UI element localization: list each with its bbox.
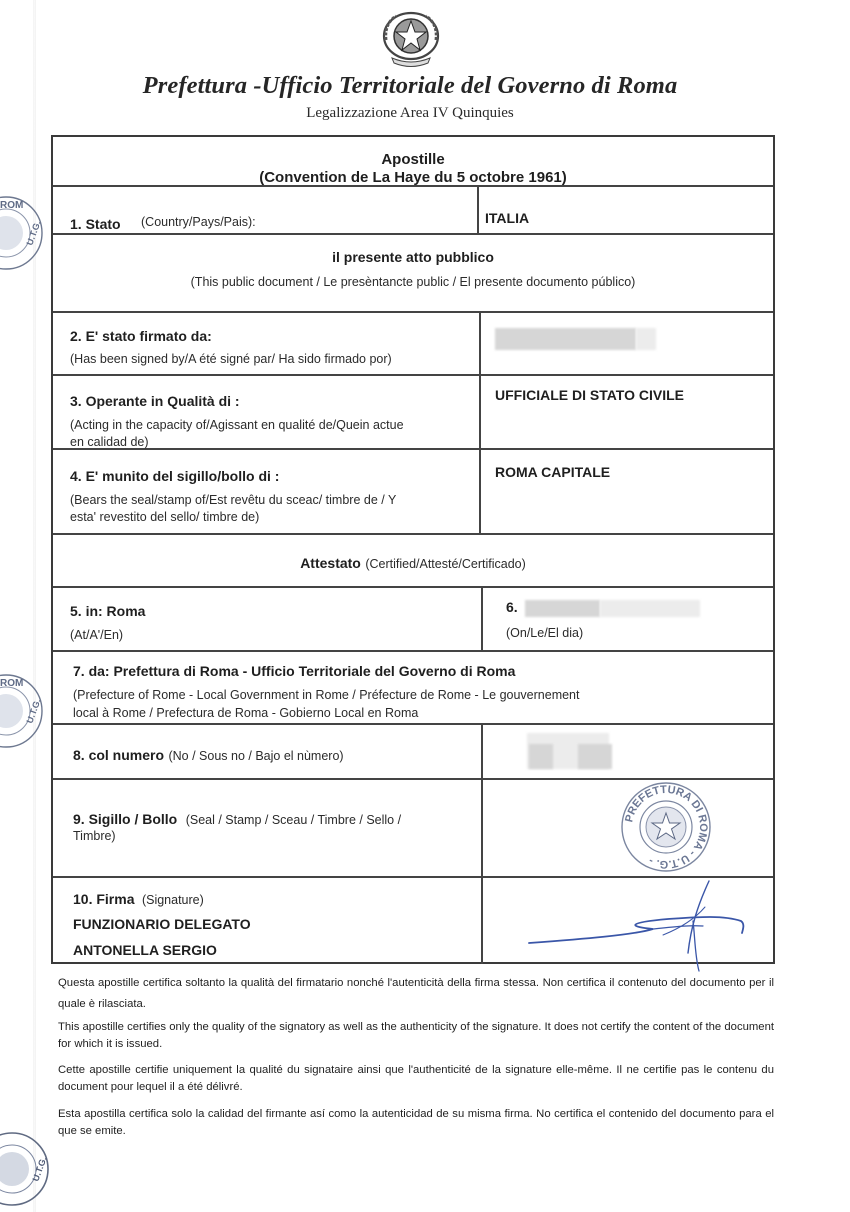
number-row: 8. col numero (No / Sous no / Bajo el nù… <box>73 747 344 765</box>
public-document-label: il presente atto pubblico <box>53 249 773 265</box>
redaction-block <box>578 744 612 769</box>
number-translation: (No / Sous no / Bajo el nùmero) <box>168 749 343 763</box>
seal-of-value: ROMA CAPITALE <box>495 464 610 480</box>
issuer-translation-line1: (Prefecture of Rome - Local Government i… <box>73 688 579 702</box>
capacity-translation-line1: (Acting in the capacity of/Agissant en q… <box>70 418 404 432</box>
page-fold-shadow <box>33 0 36 1212</box>
stato-translation: (Country/Pays/Pais): <box>141 215 256 229</box>
seal-label: 9. Sigillo / Bollo <box>73 811 177 827</box>
date-value-redacted <box>525 600 600 617</box>
redaction-block <box>529 744 553 769</box>
office-subtitle: Legalizzazione Area IV Quinquies <box>0 105 820 122</box>
signatory-name: ANTONELLA SERGIO <box>73 942 217 958</box>
seal-translation-line1: (Seal / Stamp / Sceau / Timbre / Sello / <box>186 813 401 827</box>
seal-row: 9. Sigillo / Bollo (Seal / Stamp / Sceau… <box>73 811 401 829</box>
capacity-label: 3. Operante in Qualità di : <box>70 393 240 409</box>
office-title: Prefettura -Ufficio Territoriale del Gov… <box>0 72 820 100</box>
row-divider <box>53 778 773 780</box>
disclaimer-french: Cette apostille certifie uniquement la q… <box>58 1062 774 1096</box>
seal-of-translation-line1: (Bears the seal/stamp of/Est revêtu du s… <box>70 493 396 507</box>
apostille-table: Apostille (Convention de La Haye du 5 oc… <box>51 135 775 964</box>
margin-seal-stamp-icon: U.T.G. <box>0 1122 58 1212</box>
svg-text:ROM: ROM <box>0 200 23 211</box>
svg-text:ROM: ROM <box>0 678 23 689</box>
signature-label: 10. Firma <box>73 891 134 907</box>
stato-value: ITALIA <box>485 210 529 226</box>
place-label: 5. in: Roma <box>70 603 145 619</box>
redaction-fade <box>636 328 656 350</box>
row-divider <box>53 723 773 725</box>
column-divider <box>481 723 483 964</box>
certified-label: Attestato <box>300 555 361 571</box>
svg-text:U.T.G.: U.T.G. <box>24 219 42 246</box>
italian-republic-emblem-icon <box>378 10 444 70</box>
capacity-translation-line2: en calidad de) <box>70 435 149 449</box>
certified-translation: (Certified/Attesté/Certificado) <box>365 557 525 571</box>
place-translation: (At/A'/En) <box>70 628 123 642</box>
row-divider <box>53 374 773 376</box>
handwritten-signature <box>523 877 753 972</box>
margin-seal-stamp-icon: ROM U.T.G. <box>0 664 52 758</box>
convention-reference: (Convention de La Haye du 5 octobre 1961… <box>53 169 773 186</box>
signed-by-label: 2. E' stato firmato da: <box>70 328 212 344</box>
signed-by-value-redacted <box>495 328 636 350</box>
row-divider <box>53 448 773 450</box>
signature-row: 10. Firma (Signature) <box>73 891 204 909</box>
svg-text:U.T.G.: U.T.G. <box>24 697 42 724</box>
signatory-role: FUNZIONARIO DELEGATO <box>73 916 251 932</box>
date-translation: (On/Le/El dia) <box>506 626 583 640</box>
apostille-title: Apostille <box>53 151 773 168</box>
column-divider <box>481 586 483 650</box>
seal-translation-line2: Timbre) <box>73 829 116 843</box>
public-document-translation: (This public document / Le presèntancte … <box>53 275 773 289</box>
signature-translation: (Signature) <box>142 893 204 907</box>
number-label: 8. col numero <box>73 747 164 763</box>
column-divider <box>477 185 479 233</box>
seal-of-translation-line2: esta' revestito del sello/ timbre de) <box>70 510 259 524</box>
certified-row: Attestato (Certified/Attesté/Certificado… <box>53 555 773 573</box>
row-divider <box>53 586 773 588</box>
column-divider <box>479 311 481 533</box>
disclaimer-spanish: Esta apostilla certifica solo la calidad… <box>58 1106 774 1140</box>
seal-of-label: 4. E' munito del sigillo/bollo di : <box>70 468 279 484</box>
row-divider <box>53 650 773 652</box>
signed-by-translation: (Has been signed by/A été signé par/ Ha … <box>70 352 392 366</box>
row-divider <box>53 311 773 313</box>
row-divider <box>53 533 773 535</box>
row-divider <box>53 233 773 235</box>
prefecture-seal-stamp-icon: PREFETTURA DI ROMA - U.T.G. - <box>618 781 714 873</box>
capacity-value: UFFICIALE DI STATO CIVILE <box>495 387 684 403</box>
issuer-translation-line2: local à Rome / Prefectura de Roma - Gobi… <box>73 706 418 720</box>
margin-seal-stamp-icon: ROM U.T.G. <box>0 186 52 280</box>
disclaimer-italian: Questa apostille certifica soltanto la q… <box>58 973 774 1015</box>
stato-label: 1. Stato <box>70 216 121 232</box>
issuer-label: 7. da: Prefettura di Roma - Ufficio Terr… <box>73 663 515 679</box>
date-label: 6. <box>506 599 518 615</box>
redaction-fade <box>600 600 700 617</box>
disclaimer-english: This apostille certifies only the qualit… <box>58 1019 774 1053</box>
